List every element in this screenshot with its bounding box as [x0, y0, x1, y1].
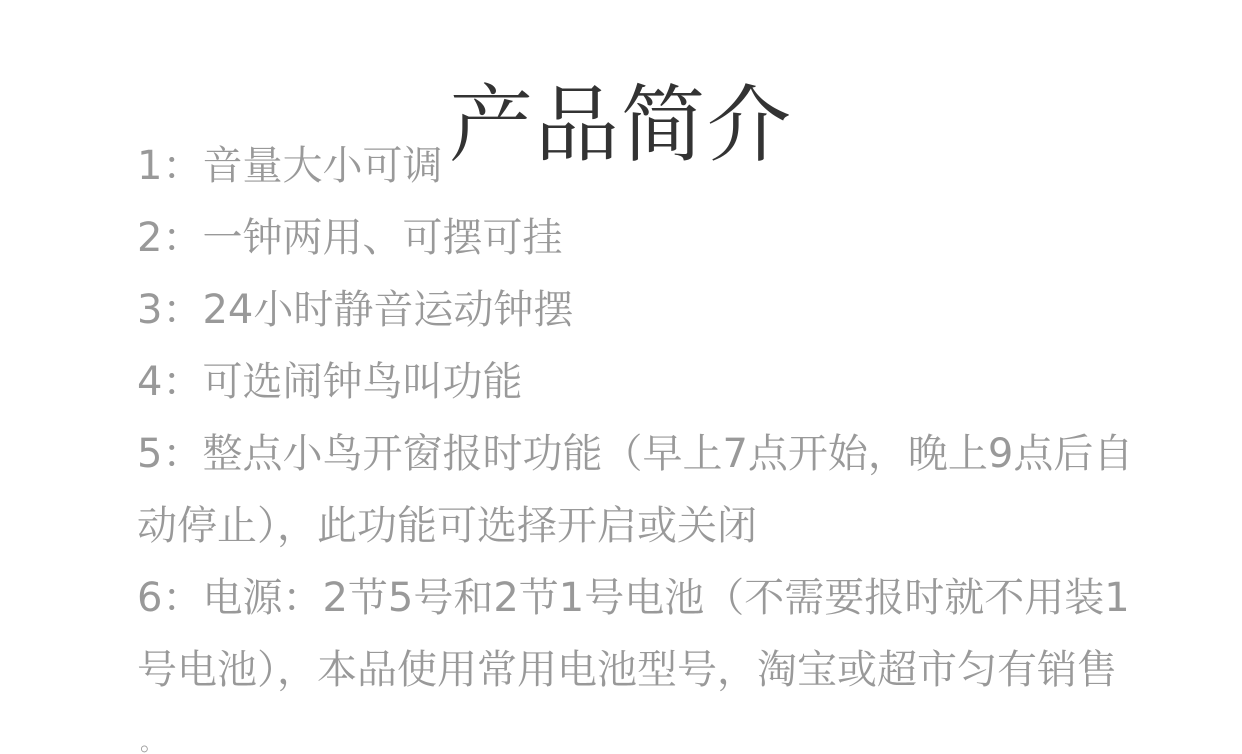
trailing-period: 。: [140, 730, 164, 754]
feature-line-5: 5：整点小鸟开窗报时功能（早上7点开始，晚上9点后自: [137, 418, 1137, 490]
feature-line-1: 1：音量大小可调: [137, 130, 1137, 202]
feature-line-3: 3：24小时静音运动钟摆: [137, 274, 1137, 346]
feature-line-6-continued: 号电池），本品使用常用电池型号，淘宝或超市匀有销售: [137, 634, 1137, 706]
feature-line-6: 6：电源：2节5号和2节1号电池（不需要报时就不用装1: [137, 562, 1137, 634]
feature-line-2: 2：一钟两用、可摆可挂: [137, 202, 1137, 274]
product-feature-list: 1：音量大小可调 2：一钟两用、可摆可挂 3：24小时静音运动钟摆 4：可选闹钟…: [137, 130, 1137, 706]
feature-line-5-continued: 动停止），此功能可选择开启或关闭: [137, 490, 1137, 562]
feature-line-4: 4：可选闹钟鸟叫功能: [137, 346, 1137, 418]
